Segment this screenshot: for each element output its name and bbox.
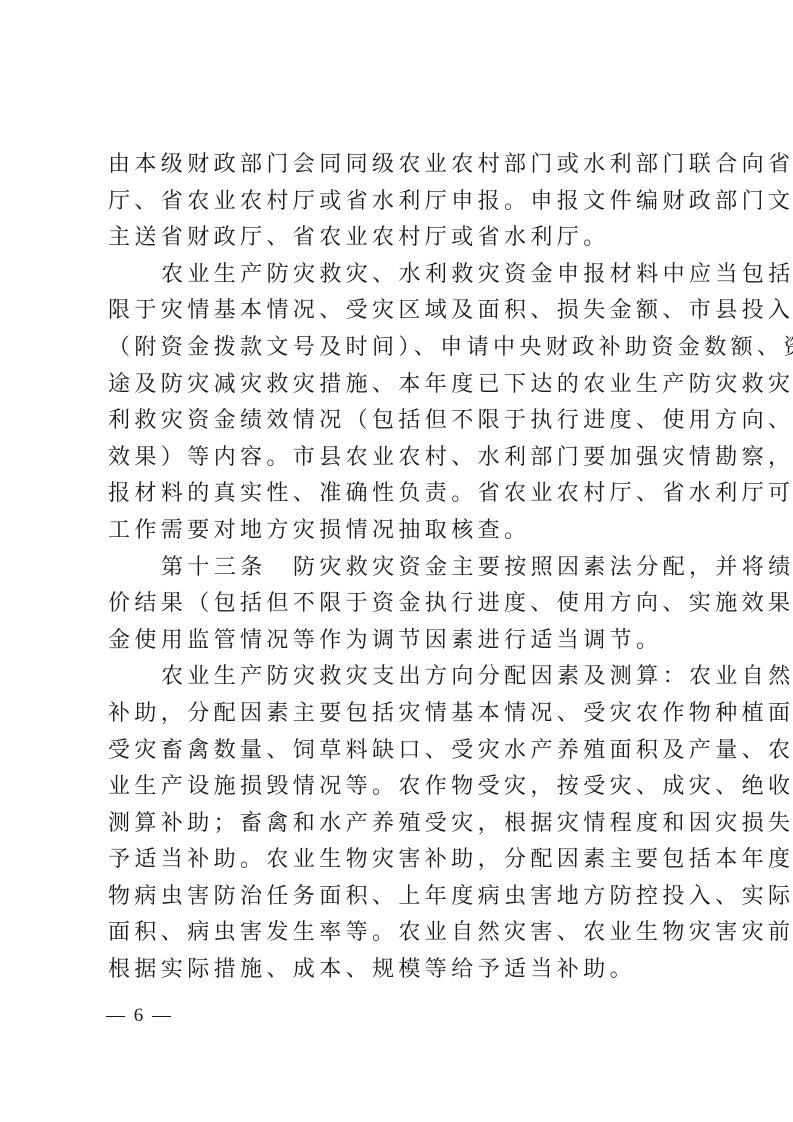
- text-line: 物病虫害防治任务面积、上年度病虫害地方防控投入、实际防控: [108, 879, 708, 916]
- text-line: 业生产设施损毁情况等。农作物受灾，按受灾、成灾、绝收面积: [108, 769, 708, 806]
- text-line: 效果）等内容。市县农业农村、水利部门要加强灾情勘察，对申: [108, 440, 708, 477]
- text-line: 由本级财政部门会同同级农业农村部门或水利部门联合向省财政: [108, 147, 708, 184]
- text-line: 金使用监管情况等作为调节因素进行适当调节。: [108, 623, 708, 660]
- text-line: 途及防灾减灾救灾措施、本年度已下达的农业生产防灾救灾、水: [108, 367, 708, 404]
- paragraph-start-line: 农业生产防灾救灾支出方向分配因素及测算：农业自然灾害: [108, 659, 708, 696]
- text-line: 厅、省农业农村厅或省水利厅申报。申报文件编财政部门文号，: [108, 184, 708, 221]
- text-line: 测算补助；畜禽和水产养殖受灾，根据灾情程度和因灾损失等给: [108, 806, 708, 843]
- text-line: 限于灾情基本情况、受灾区域及面积、损失金额、市县投入情况: [108, 293, 708, 330]
- document-page: 由本级财政部门会同同级农业农村部门或水利部门联合向省财政 厅、省农业农村厅或省水…: [0, 0, 793, 1122]
- text-line: 价结果（包括但不限于资金执行进度、使用方向、实施效果）、资: [108, 586, 708, 623]
- text-line: 予适当补助。农业生物灾害补助，分配因素主要包括本年度农作: [108, 842, 708, 879]
- text-line: 面积、病虫害发生率等。农业自然灾害、农业生物灾害灾前预防，: [108, 915, 708, 952]
- text-line: 主送省财政厅、省农业农村厅或省水利厅。: [108, 220, 708, 257]
- text-line: 报材料的真实性、准确性负责。省农业农村厅、省水利厅可根据: [108, 476, 708, 513]
- text-line: 补助，分配因素主要包括灾情基本情况、受灾农作物种植面积、: [108, 696, 708, 733]
- paragraph-start-line: 农业生产防灾救灾、水利救灾资金申报材料中应当包括但不: [108, 257, 708, 294]
- text-line: （附资金拨款文号及时间）、申请中央财政补助资金数额、资金用: [108, 330, 708, 367]
- document-body: 由本级财政部门会同同级农业农村部门或水利部门联合向省财政 厅、省农业农村厅或省水…: [108, 147, 708, 989]
- text-line: 利救灾资金绩效情况（包括但不限于执行进度、使用方向、实施: [108, 403, 708, 440]
- text-line: 工作需要对地方灾损情况抽取核查。: [108, 513, 708, 550]
- text-line: 根据实际措施、成本、规模等给予适当补助。: [108, 952, 708, 989]
- text-line: 受灾畜禽数量、饲草料缺口、受灾水产养殖面积及产量、农牧渔: [108, 733, 708, 770]
- page-number: — 6 —: [106, 1004, 173, 1028]
- article-13-heading-line: 第十三条 防灾救灾资金主要按照因素法分配，并将绩效评: [108, 550, 708, 587]
